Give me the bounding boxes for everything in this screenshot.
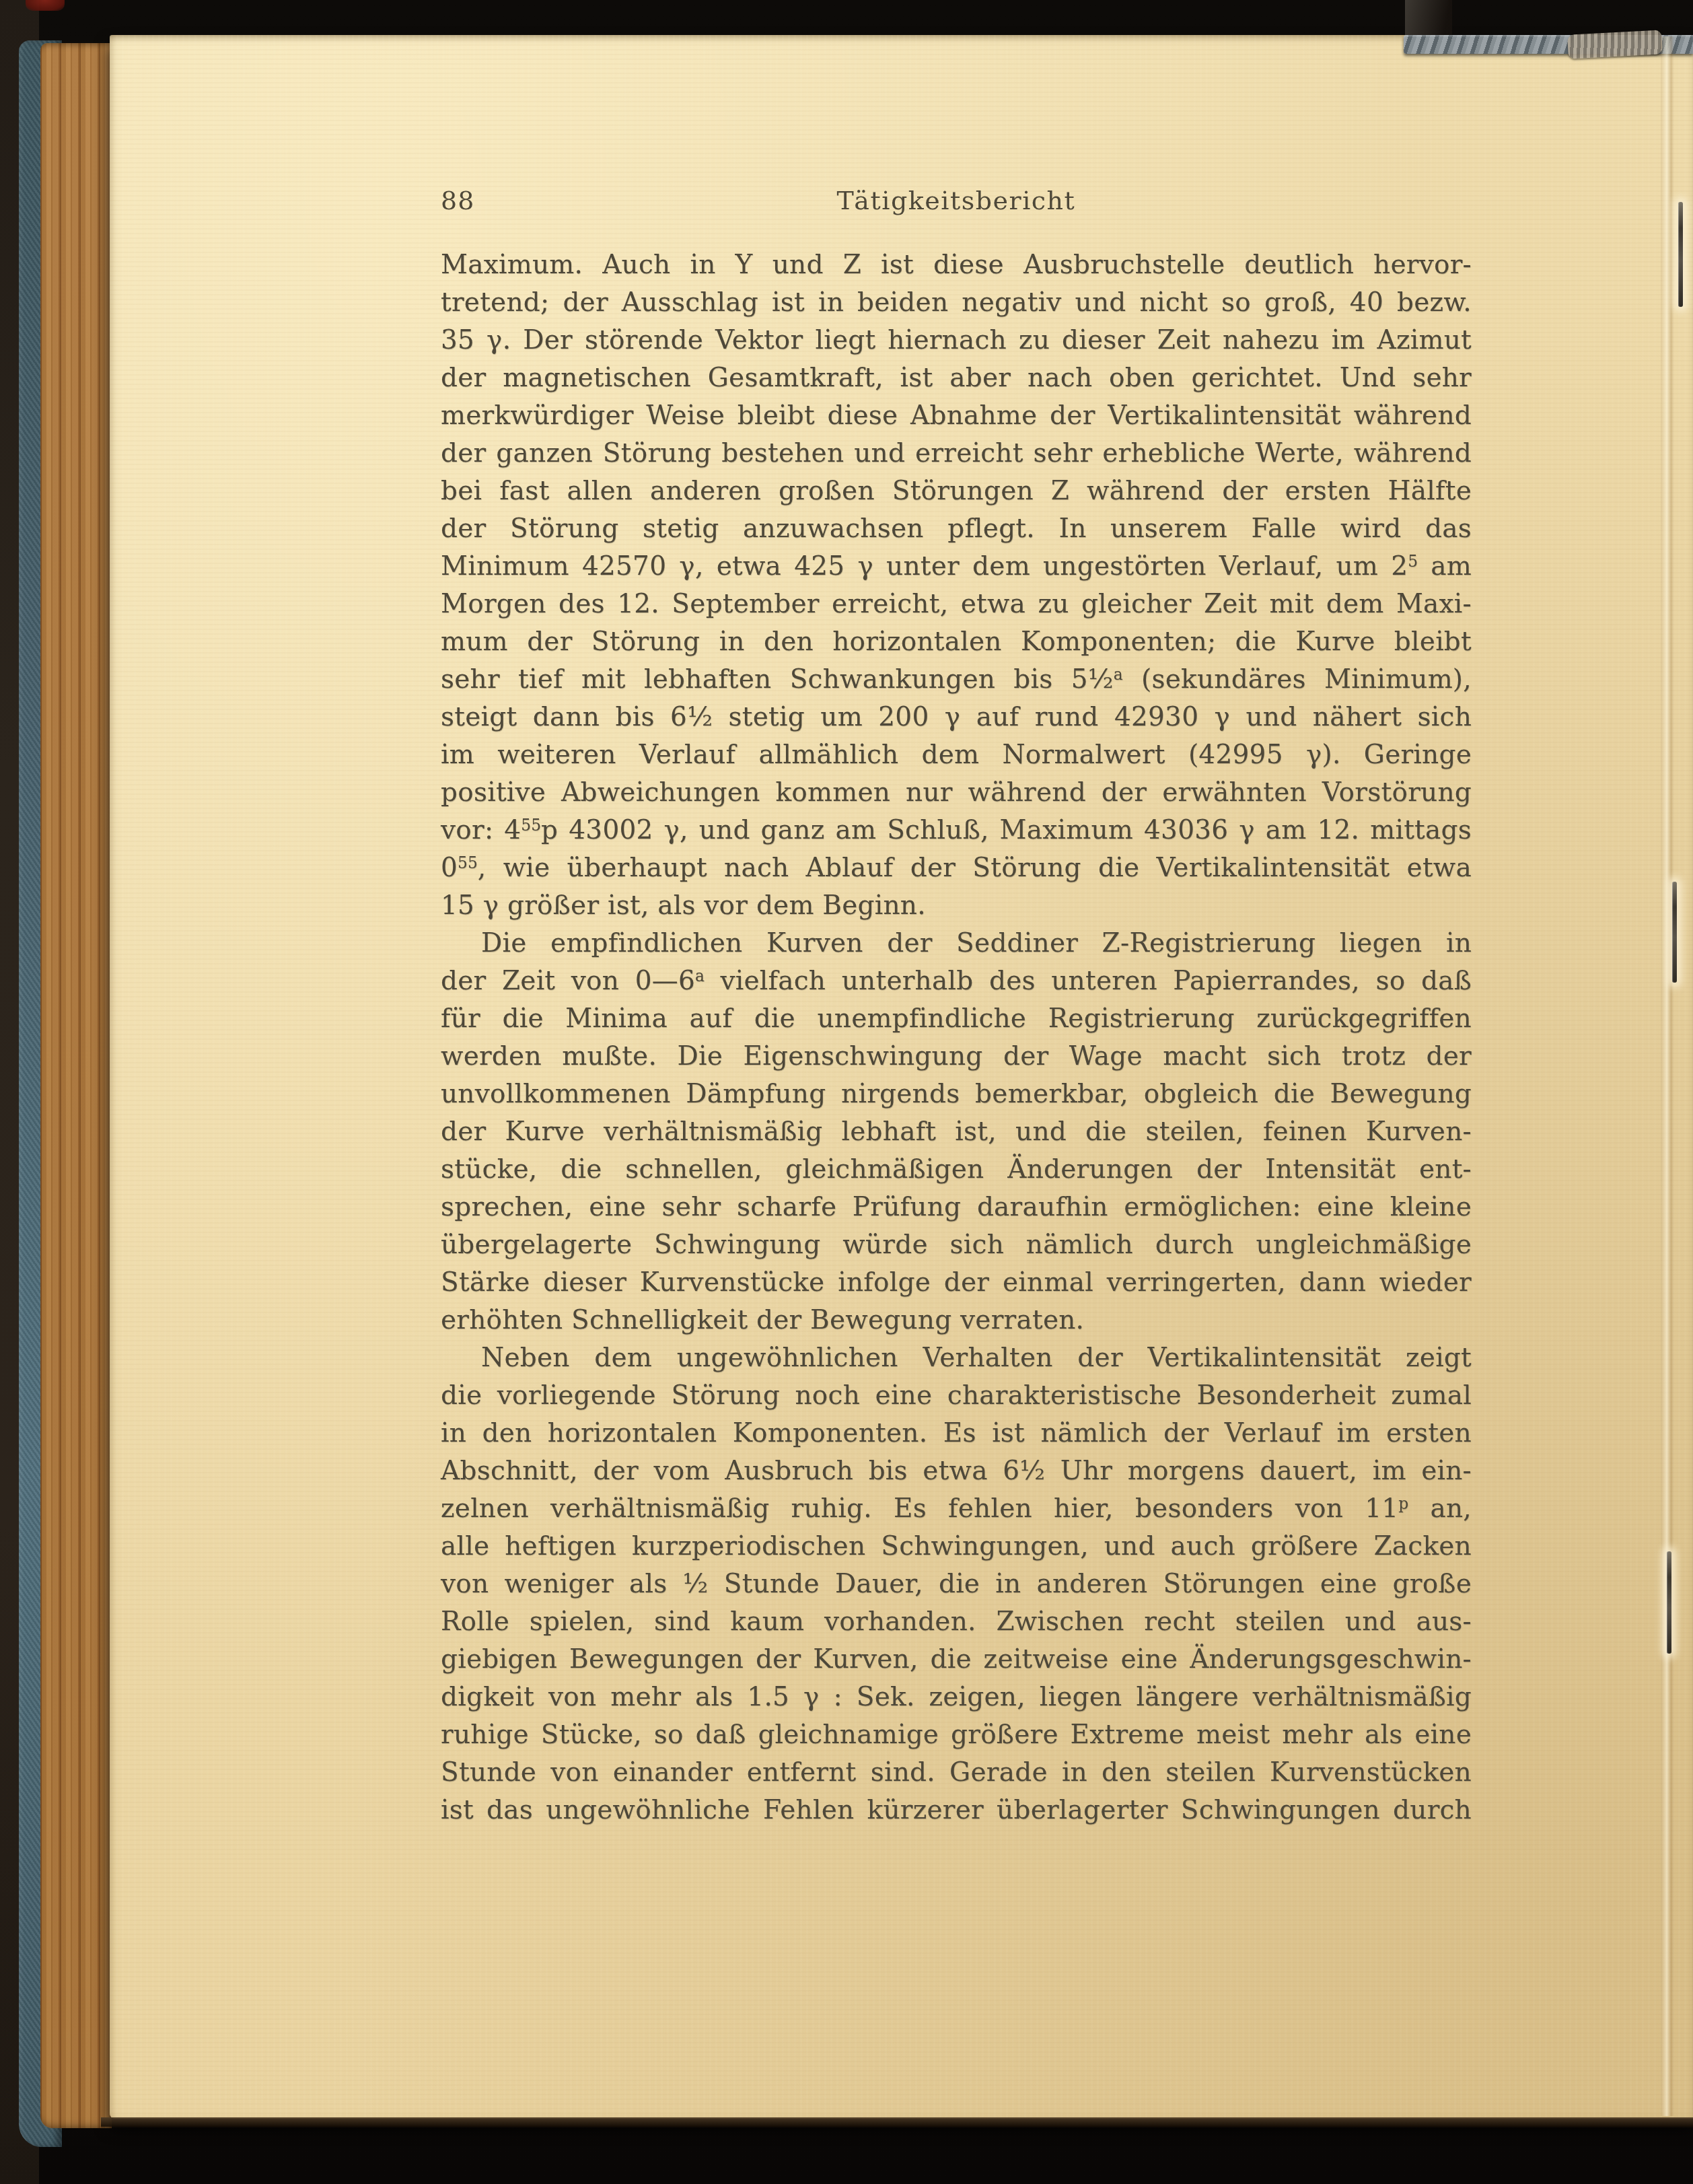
text-segment: giebigen Bewegungen der Kurven, die zeit… [441, 1644, 1472, 1675]
text-segment: im weiteren Verlauf allmählich dem Norma… [441, 740, 1472, 770]
text-segment: werden mußte. Die Eigenschwingung der Wa… [441, 1041, 1472, 1071]
text-line: Neben dem ungewöhnlichen Verhalten der V… [441, 1339, 1472, 1377]
paragraph: Die empfindlichen Kurven der Seddiner Z-… [441, 925, 1472, 1339]
text-line: 35 γ. Der störende Vektor liegt hiernach… [441, 322, 1472, 359]
text-segment: an, [1408, 1493, 1472, 1524]
text-segment: der Störung stetig anzuwachsen pflegt. I… [441, 514, 1472, 544]
text-segment: digkeit von mehr als 1.5 γ : Sek. zeigen… [441, 1682, 1472, 1712]
text-segment: 35 γ. Der störende Vektor liegt hiernach… [441, 325, 1472, 355]
text-segment: p 43002 γ, und ganz am Schluß, Maximum 4… [541, 815, 1472, 845]
text-line: vor: 455p 43002 γ, und ganz am Schluß, M… [441, 812, 1472, 849]
text-segment: für die Minima auf die unempfindliche Re… [441, 1003, 1472, 1034]
text-line: steigt dann bis 6½ stetig um 200 γ auf r… [441, 699, 1472, 736]
text-line: Stunde von einander entfernt sind. Gerad… [441, 1754, 1472, 1792]
text-line: von weniger als ½ Stunde Dauer, die in a… [441, 1565, 1472, 1603]
text-line: ruhige Stücke, so daß gleichnamige größe… [441, 1716, 1472, 1754]
text-segment: in den horizontalen Komponenten. Es ist … [441, 1418, 1472, 1448]
superscript: 5 [1408, 552, 1418, 571]
text-segment: stücke, die schnellen, gleichmäßigen Änd… [441, 1154, 1472, 1185]
superscript: p [1398, 1494, 1408, 1513]
superscript: 55 [521, 816, 541, 835]
text-segment: (sekundäres Minimum), [1123, 664, 1472, 695]
text-line: zelnen verhältnismäßig ruhig. Es fehlen … [441, 1490, 1472, 1528]
staple-top [1678, 202, 1683, 307]
text-line: Stärke dieser Kurvenstücke infolge der e… [441, 1264, 1472, 1302]
text-line: unvollkommenen Dämpfung nirgends bemerkb… [441, 1076, 1472, 1113]
text-line: tretend; der Ausschlag ist in beiden neg… [441, 284, 1472, 322]
text-segment: der Zeit von 0—6 [441, 966, 695, 996]
page-bottom-shadow [101, 2117, 1693, 2128]
binding-crease [1661, 36, 1674, 2116]
text-segment: ruhige Stücke, so daß gleichnamige größe… [441, 1720, 1472, 1750]
text-line: Rolle spielen, sind kaum vorhanden. Zwis… [441, 1603, 1472, 1641]
paragraph: Maximum. Auch in Y und Z ist diese Ausbr… [441, 246, 1472, 925]
superscript: 55 [458, 853, 478, 872]
text-segment: sprechen, eine sehr scharfe Prüfung dara… [441, 1192, 1472, 1222]
text-line: erhöhten Schnelligkeit der Bewegung verr… [441, 1302, 1472, 1339]
text-line: digkeit von mehr als 1.5 γ : Sek. zeigen… [441, 1679, 1472, 1716]
text-line: Morgen des 12. September erreicht, etwa … [441, 586, 1472, 623]
text-line: Maximum. Auch in Y und Z ist diese Ausbr… [441, 246, 1472, 284]
text-segment: der ganzen Störung bestehen und erreicht… [441, 438, 1472, 468]
running-title: Tätigkeitsbericht [441, 186, 1472, 215]
text-segment: Stunde von einander entfernt sind. Gerad… [441, 1757, 1472, 1788]
top-right-shade [1405, 0, 1452, 35]
text-line: bei fast allen anderen großen Störungen … [441, 472, 1472, 510]
page-edges-stack [40, 43, 112, 2128]
text-line: ist das ungewöhnliche Fehlen kürzerer üb… [441, 1792, 1472, 1829]
text-segment: positive Abweichungen kommen nur während… [441, 777, 1472, 808]
text-segment: der Kurve verhältnismäßig lebhaft ist, u… [441, 1117, 1472, 1147]
text-segment: steigt dann bis 6½ stetig um 200 γ auf r… [441, 702, 1472, 732]
text-line: im weiteren Verlauf allmählich dem Norma… [441, 736, 1472, 774]
paragraph: Neben dem ungewöhnlichen Verhalten der V… [441, 1339, 1472, 1829]
text-line: alle heftigen kurzperiodischen Schwingun… [441, 1528, 1472, 1565]
text-segment: unvollkommenen Dämpfung nirgends bemerkb… [441, 1079, 1472, 1109]
text-segment: alle heftigen kurzperiodischen Schwingun… [441, 1531, 1472, 1561]
text-line: 055, wie überhaupt nach Ablauf der Störu… [441, 849, 1472, 887]
text-line: der ganzen Störung bestehen und erreicht… [441, 435, 1472, 472]
text-segment: Morgen des 12. September erreicht, etwa … [441, 589, 1472, 619]
superscript: a [1114, 665, 1123, 684]
text-segment: am [1418, 551, 1472, 582]
text-block: Maximum. Auch in Y und Z ist diese Ausbr… [441, 246, 1472, 1829]
text-segment: sehr tief mit lebhaften Schwankungen bis… [441, 664, 1114, 695]
text-line: der magnetischen Gesamtkraft, ist aber n… [441, 359, 1472, 397]
text-line: merkwürdiger Weise bleibt diese Abnahme … [441, 397, 1472, 435]
text-segment: vor: 4 [441, 815, 521, 845]
text-line: der Zeit von 0—6a vielfach unterhalb des… [441, 962, 1472, 1000]
text-segment: , wie überhaupt nach Ablauf der Störung … [478, 853, 1472, 883]
text-line: sehr tief mit lebhaften Schwankungen bis… [441, 661, 1472, 699]
text-segment: 15 γ größer ist, als vor dem Beginn. [441, 890, 926, 921]
staple-bottom [1667, 1551, 1671, 1654]
text-line: Abschnitt, der vom Ausbruch bis etwa 6½ … [441, 1452, 1472, 1490]
text-line: für die Minima auf die unempfindliche Re… [441, 1000, 1472, 1038]
text-segment: Die empfindlichen Kurven der Seddiner Z-… [481, 928, 1472, 958]
text-segment: Stärke dieser Kurvenstücke infolge der e… [441, 1267, 1472, 1298]
text-segment: tretend; der Ausschlag ist in beiden neg… [441, 287, 1472, 318]
text-segment: bei fast allen anderen großen Störungen … [441, 476, 1472, 506]
text-line: giebigen Bewegungen der Kurven, die zeit… [441, 1641, 1472, 1679]
headband-fray [1567, 30, 1663, 59]
red-mark [26, 0, 65, 11]
text-line: 15 γ größer ist, als vor dem Beginn. [441, 887, 1472, 925]
text-segment: merkwürdiger Weise bleibt diese Abnahme … [441, 400, 1472, 431]
text-segment: Neben dem ungewöhnlichen Verhalten der V… [481, 1343, 1472, 1373]
text-segment: übergelagerte Schwingung würde sich näml… [441, 1230, 1472, 1260]
page-number: 88 [441, 186, 474, 215]
staple-middle [1672, 882, 1677, 983]
text-segment: 0 [441, 853, 458, 883]
text-segment: der magnetischen Gesamtkraft, ist aber n… [441, 363, 1472, 393]
text-segment: zelnen verhältnismäßig ruhig. Es fehlen … [441, 1493, 1398, 1524]
text-line: mum der Störung in den horizontalen Komp… [441, 623, 1472, 661]
text-segment: ist das ungewöhnliche Fehlen kürzerer üb… [441, 1795, 1472, 1825]
text-line: übergelagerte Schwingung würde sich näml… [441, 1226, 1472, 1264]
text-line: die vorliegende Störung noch eine charak… [441, 1377, 1472, 1415]
page-header: 88 Tätigkeitsbericht [441, 186, 1472, 218]
text-segment: erhöhten Schnelligkeit der Bewegung verr… [441, 1305, 1084, 1335]
text-segment: mum der Störung in den horizontalen Komp… [441, 627, 1472, 657]
text-segment: von weniger als ½ Stunde Dauer, die in a… [441, 1569, 1472, 1599]
text-line: in den horizontalen Komponenten. Es ist … [441, 1415, 1472, 1452]
text-segment: vielfach unterhalb des unteren Papierran… [705, 966, 1472, 996]
text-line: der Störung stetig anzuwachsen pflegt. I… [441, 510, 1472, 548]
text-line: der Kurve verhältnismäßig lebhaft ist, u… [441, 1113, 1472, 1151]
text-line: stücke, die schnellen, gleichmäßigen Änd… [441, 1151, 1472, 1189]
text-line: werden mußte. Die Eigenschwingung der Wa… [441, 1038, 1472, 1076]
text-line: Minimum 42570 γ, etwa 425 γ unter dem un… [441, 548, 1472, 586]
text-segment: Rolle spielen, sind kaum vorhanden. Zwis… [441, 1607, 1472, 1637]
text-segment: Minimum 42570 γ, etwa 425 γ unter dem un… [441, 551, 1408, 582]
text-segment: Maximum. Auch in Y und Z ist diese Ausbr… [441, 250, 1472, 280]
scanned-book-photo: 88 Tätigkeitsbericht Maximum. Auch in Y … [0, 0, 1693, 2184]
text-segment: die vorliegende Störung noch eine charak… [441, 1380, 1472, 1411]
superscript: a [695, 966, 705, 985]
text-line: sprechen, eine sehr scharfe Prüfung dara… [441, 1189, 1472, 1226]
text-segment: Abschnitt, der vom Ausbruch bis etwa 6½ … [441, 1456, 1472, 1486]
text-line: positive Abweichungen kommen nur während… [441, 774, 1472, 812]
text-line: Die empfindlichen Kurven der Seddiner Z-… [441, 925, 1472, 962]
